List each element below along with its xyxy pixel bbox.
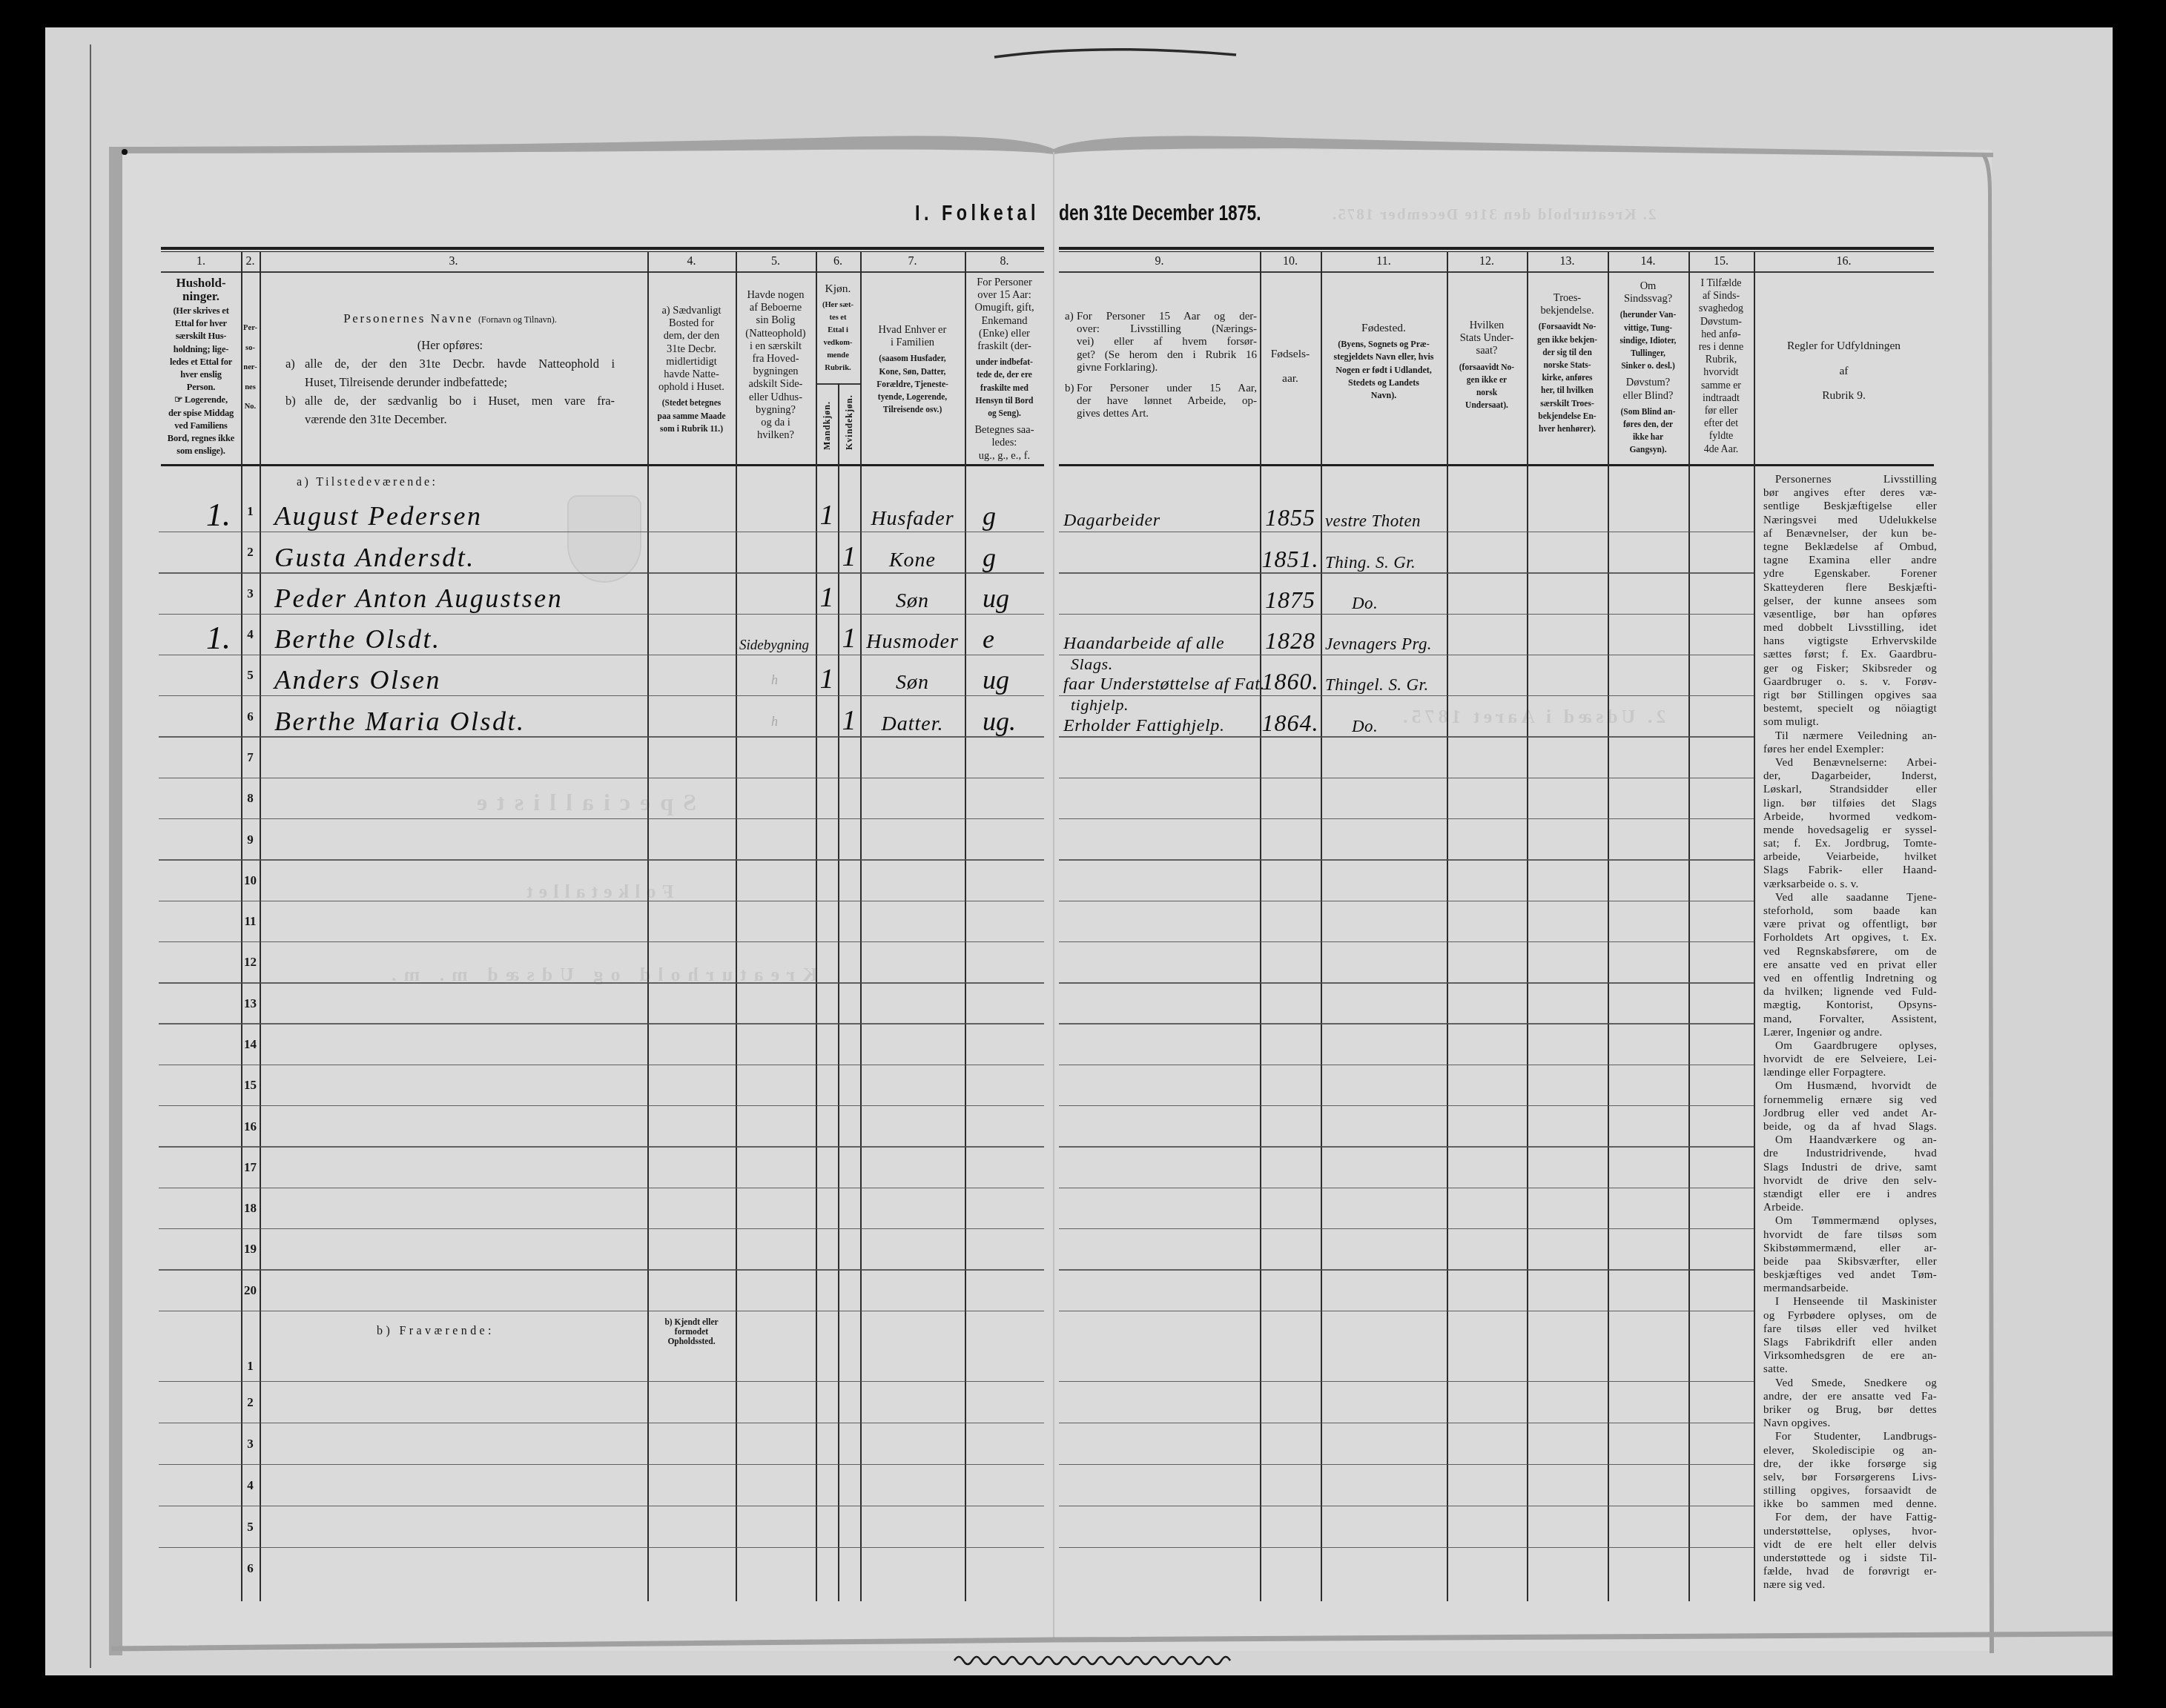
column-number-rule-right bbox=[1059, 271, 1934, 273]
text-line: der have lønnet Arbeide, op- bbox=[1065, 395, 1257, 408]
text-line: 4de Aar. bbox=[1688, 443, 1754, 456]
text-line: For Studenter, Landbrugs- bbox=[1763, 1430, 1937, 1443]
text-line: I Henseende til Maskinister bbox=[1763, 1295, 1937, 1308]
form-title-right: den 31te December 1875. bbox=[1059, 201, 1261, 226]
text-line: a)For Personer 15 Aar og der- bbox=[1065, 311, 1257, 323]
text-line: steforhold, som baade kan bbox=[1763, 904, 1937, 918]
line-text: Kone, Søn, Datter, bbox=[879, 368, 946, 377]
text-line: (forsaavidt No- bbox=[1447, 362, 1527, 374]
occupation-line: Erholder Fattighjelp. bbox=[1063, 717, 1224, 735]
row-number: 6 bbox=[241, 1547, 260, 1589]
header-names-title-note: (Fornavn og Tilnavn). bbox=[478, 314, 557, 325]
sex-female-mark: 1 bbox=[838, 532, 860, 572]
text-line: fælde, hvad de forøvrigt er- bbox=[1763, 1565, 1937, 1578]
line-text: hvorvidt de drive den selv- bbox=[1763, 1175, 1937, 1187]
text-line: Jordbrug eller ved andet Ar- bbox=[1763, 1107, 1937, 1120]
text-line: Rubrik, bbox=[1688, 354, 1754, 366]
text-line: norske Stats- bbox=[1527, 360, 1608, 372]
text-line: Arbeide, hvormed vedkom- bbox=[1763, 810, 1937, 824]
line-text: ☞ Logerende, bbox=[174, 394, 228, 405]
row-number: 17 bbox=[241, 1147, 260, 1188]
header-names-title-text: Personernes Navne bbox=[343, 311, 473, 325]
text-line: saat? bbox=[1447, 345, 1527, 357]
text-line: stegjeldets Navn eller, hvis bbox=[1321, 351, 1447, 363]
list-marker: a) bbox=[285, 354, 305, 373]
line-text: (Her skrives et bbox=[173, 305, 228, 316]
row-number: 2 bbox=[241, 1381, 260, 1423]
text-line: tes et bbox=[816, 311, 860, 324]
text-line: tegne Beklædelse af Ombud, bbox=[1763, 540, 1937, 554]
line-text: get? (Se herom den i Rubrik 16 bbox=[1077, 349, 1257, 361]
text-line: Om Gaardbrugere oplyses, bbox=[1763, 1039, 1937, 1053]
line-text: havde Natte- bbox=[664, 368, 719, 380]
row-number: 3 bbox=[241, 573, 260, 614]
line-text: tyende, Logerende, bbox=[878, 393, 947, 402]
text-line: b)For Personer under 15 Aar, bbox=[1065, 383, 1257, 395]
line-text: steforhold, som baade kan bbox=[1763, 905, 1937, 917]
line-text: med dobbelt Livsstilling, idet bbox=[1763, 622, 1937, 634]
ink-dot bbox=[122, 149, 128, 155]
line-text: særskilt Hus- bbox=[176, 331, 227, 341]
line-text: Personernes Livsstilling bbox=[1775, 474, 1937, 486]
line-text: Døvstum? bbox=[1626, 377, 1671, 388]
text-line: her, til hvilken bbox=[1527, 385, 1608, 397]
text-line: Kjøn. bbox=[816, 282, 860, 295]
person-name: Peder Anton Augustsen bbox=[260, 573, 647, 614]
text-line: ved Regnskabsførere, om de bbox=[1763, 945, 1937, 959]
line-text: hans vigtigste Erhvervskilde bbox=[1763, 635, 1937, 647]
line-text: No. bbox=[245, 403, 256, 411]
line-text: hver henhører). bbox=[1539, 425, 1596, 434]
text-line: Fødested. bbox=[1321, 322, 1447, 334]
text-line: Næringsvei med Udelukkelse bbox=[1763, 514, 1937, 527]
line-text: hver enslig bbox=[180, 369, 222, 380]
line-text: hed anfø- bbox=[1701, 329, 1740, 340]
line-text: vittige, Tung- bbox=[1624, 324, 1672, 333]
birth-year: 1860. bbox=[1260, 655, 1321, 695]
row-number: 4 bbox=[241, 1464, 260, 1506]
person-name: Gusta Andersdt. bbox=[260, 532, 647, 572]
line-text: da hvilken; lignende ved Fuld- bbox=[1763, 986, 1937, 998]
marital-status: g bbox=[965, 491, 1044, 532]
line-text: i Familien bbox=[891, 337, 934, 348]
text-line: fraskilte med bbox=[965, 383, 1044, 395]
line-text: Ettal for hver bbox=[175, 318, 227, 328]
occupation-line: faar Understøttelse af Fat. bbox=[1063, 675, 1265, 693]
line-text: Fødsels- bbox=[1271, 348, 1310, 360]
column-number: 3. bbox=[260, 253, 647, 271]
line-text: bekjendelse. bbox=[1540, 305, 1594, 317]
text-line: efter det bbox=[1688, 417, 1754, 430]
text-line: holdning; lige- bbox=[161, 343, 241, 356]
text-line: som muligt. bbox=[1763, 715, 1937, 729]
line-text: vei) eller af hvem forsør- bbox=[1077, 336, 1257, 348]
text-line: gen ikke bekjen- bbox=[1527, 334, 1608, 347]
text-line: bekjendelse. bbox=[1527, 305, 1608, 317]
household-mark: 1. bbox=[161, 614, 241, 655]
header-sex-female: Kvindekjøn. bbox=[838, 385, 860, 450]
row-number: 19 bbox=[241, 1228, 260, 1269]
text-line: dre Industridrivende, hvad bbox=[1763, 1147, 1937, 1160]
text-line: samme er bbox=[1688, 380, 1754, 392]
line-text: satte. bbox=[1763, 1363, 1788, 1375]
table-top-thin-rule-right bbox=[1059, 251, 1934, 252]
line-text: For Personer 15 Aar og der- bbox=[1077, 311, 1257, 323]
text-line: ikke har bbox=[1608, 431, 1688, 444]
text-line: vidt de ere helt eller delvis bbox=[1763, 1538, 1937, 1552]
line-text: alle de, der sædvanlig bo i Huset, men v… bbox=[305, 391, 615, 410]
text-line: fra Hoved- bbox=[736, 353, 816, 365]
text-line: adskilt Side- bbox=[736, 378, 816, 391]
line-text: bør angives efter deres væ- bbox=[1763, 487, 1937, 499]
text-line: sin Bolig bbox=[736, 314, 816, 327]
line-text: tede de, der ere bbox=[977, 371, 1032, 380]
text-line: stændigt eller ere i andres bbox=[1763, 1188, 1937, 1201]
line-text: Næringsvei med Udelukkelse bbox=[1763, 514, 1937, 526]
text-line: givne Forklaring). bbox=[1065, 362, 1257, 374]
rubric-9-rules-text: Personernes Livsstillingbør angives efte… bbox=[1763, 473, 1937, 1592]
line-text: Kjøn. bbox=[825, 282, 851, 295]
line-text: Forholdets Art opgives, t. Ex. bbox=[1763, 932, 1937, 944]
text-line: understøttelse, oplyses, hvor- bbox=[1763, 1525, 1937, 1538]
text-line: hvorvidt bbox=[1688, 366, 1754, 379]
list-marker: a) bbox=[1065, 311, 1077, 323]
line-text: Rubrik 9. bbox=[1822, 389, 1866, 402]
row-number: 13 bbox=[241, 983, 260, 1024]
header-names-title: Personernes Navne (Fornavn og Tilnavn). bbox=[285, 310, 615, 336]
line-text: mende hovedsagelig er syssel- bbox=[1763, 824, 1937, 836]
line-text: sin Bolig bbox=[756, 314, 796, 326]
line-text: Hvad Enhver er bbox=[879, 324, 947, 336]
birth-year: 1855 bbox=[1260, 491, 1321, 532]
text-line: gen ikke er bbox=[1447, 374, 1527, 387]
line-text: som i Rubrik 11.) bbox=[660, 425, 723, 434]
line-text: bygningen bbox=[753, 365, 798, 377]
line-text: sentlige Beskjæftigelse eller bbox=[1763, 500, 1937, 512]
text-line: (saasom Husfader, bbox=[860, 353, 965, 365]
text-line: so- bbox=[241, 339, 260, 359]
text-line: Sindssvag? bbox=[1608, 293, 1688, 305]
line-text: stilling opgives, forsaavidt de bbox=[1763, 1485, 1937, 1497]
text-line: elever, Skolediscipie og an- bbox=[1763, 1444, 1937, 1457]
text-line: da hvilken; lignende ved Fuld- bbox=[1763, 985, 1937, 999]
column-number: 10. bbox=[1260, 253, 1321, 271]
line-text: Person. bbox=[187, 382, 216, 392]
page-top-edge-shadow bbox=[111, 136, 1993, 157]
text-line: Troes- bbox=[1527, 292, 1608, 305]
line-text: res i denne bbox=[1699, 342, 1744, 353]
text-line: Huset, Tilreisende derunder indbefattede… bbox=[285, 373, 615, 391]
text-line: der, Dagarbeider, Inderst, bbox=[1763, 769, 1937, 783]
header-names-instructions: (Her opføres:a)alle de, der den 31te Dec… bbox=[285, 336, 615, 428]
row-number: 1 bbox=[241, 1311, 260, 1381]
text-line: Enkemand bbox=[965, 315, 1044, 328]
row-number: 8 bbox=[241, 778, 260, 818]
outbuilding: Sidebygning bbox=[736, 614, 816, 655]
text-line: Nogen er født i Udlandet, bbox=[1321, 364, 1447, 377]
occupation: Haandarbeide af alleSlags. bbox=[1059, 614, 1260, 655]
text-line: Lærer, Ingeniør og andre. bbox=[1763, 1026, 1937, 1039]
text-line: bygningen bbox=[736, 365, 816, 378]
line-text: alle de, der den 31te Decbr. havde Natte… bbox=[305, 354, 615, 373]
text-line: mand, Forvalter, Assistent, bbox=[1763, 1013, 1937, 1026]
text-line: For dem, der have Fattig- bbox=[1763, 1511, 1937, 1524]
header-marital-status: For Personerover 15 Aar:Omugift, gift,En… bbox=[965, 277, 1044, 463]
line-text: (saasom Husfader, bbox=[879, 354, 945, 363]
column-number: 16. bbox=[1754, 253, 1934, 271]
text-line: (herunder Van- bbox=[1608, 309, 1688, 322]
column-number: 9. bbox=[1059, 253, 1260, 271]
column-number: 14. bbox=[1608, 253, 1688, 271]
line-text: mand, Forvalter, Assistent, bbox=[1763, 1013, 1937, 1025]
line-text: beide, og da af hvad Slags. bbox=[1763, 1121, 1937, 1133]
line-text: Ved Benævnelserne: Arbei- bbox=[1775, 757, 1937, 769]
line-text: Tullinger, bbox=[1631, 349, 1665, 358]
text-line: Fødsels- bbox=[1260, 342, 1321, 366]
line-text: For Studenter, Landbrugs- bbox=[1775, 1431, 1937, 1443]
birthplace: Do. bbox=[1321, 695, 1447, 736]
section-present-label: a) Tilstedeværende: bbox=[297, 476, 438, 489]
text-line: og Seng). bbox=[965, 408, 1044, 420]
line-text: holdning; lige- bbox=[174, 344, 228, 354]
line-text: ere ansatte ved en privat eller bbox=[1763, 959, 1937, 971]
text-line: fraskilt (der- bbox=[965, 340, 1044, 353]
line-text: Ettal i bbox=[828, 326, 848, 334]
form-title-left: I. Folketal bbox=[915, 201, 1040, 226]
text-line: ved Familiens bbox=[161, 420, 241, 432]
line-text: Hvilken bbox=[1470, 320, 1505, 331]
text-line: No. bbox=[241, 397, 260, 417]
header-outbuilding: Havde nogenaf Beboernesin Bolig(Natteoph… bbox=[736, 289, 816, 442]
column-number: 4. bbox=[647, 253, 736, 271]
line-text: før eller bbox=[1705, 406, 1738, 417]
text-line: mende bbox=[816, 349, 860, 362]
line-text: ikke bo sammen med denne. bbox=[1763, 1498, 1937, 1510]
header-disability-onset: I Tilfældeaf Sinds-svaghedogDøvstum-hed … bbox=[1688, 277, 1754, 456]
text-line: Ettal i bbox=[816, 324, 860, 337]
line-text: dem, der den bbox=[664, 330, 719, 342]
birth-year: 1851. bbox=[1260, 532, 1321, 572]
line-text: Sinker o. desl.) bbox=[1621, 362, 1675, 371]
line-text: (Her opføres: bbox=[417, 338, 483, 352]
text-line: res i denne bbox=[1688, 341, 1754, 354]
line-text: Navn). bbox=[1371, 390, 1396, 400]
row-number: 9 bbox=[241, 818, 260, 859]
line-text: vidt de ere helt eller delvis bbox=[1763, 1539, 1937, 1551]
line-text: Jordbrug eller ved andet Ar- bbox=[1763, 1108, 1937, 1119]
text-line: rigt bør Stillingen opgives saa bbox=[1763, 689, 1937, 702]
text-line: Skibstømmermænd, eller ar- bbox=[1763, 1242, 1937, 1255]
family-role: Husmoder bbox=[860, 614, 965, 655]
line-text: fare tilsøs eller ved hvilket bbox=[1763, 1323, 1937, 1335]
line-text: beide paa Skibsværfter, eller bbox=[1763, 1256, 1937, 1268]
line-text: Slags Industri de drive, samt bbox=[1763, 1162, 1937, 1174]
line-text: ved en offentlig Indretning og bbox=[1763, 973, 1937, 984]
signature-scribble bbox=[954, 1657, 1230, 1664]
line-text: der spise Middag bbox=[168, 408, 234, 418]
person-name: August Pedersen bbox=[260, 491, 647, 532]
sex-male-mark: 1 bbox=[816, 491, 838, 532]
text-line: under indbefat- bbox=[965, 357, 1044, 369]
family-role: Kone bbox=[860, 532, 965, 572]
row-number: 4 bbox=[241, 614, 260, 655]
birth-year: 1875 bbox=[1260, 573, 1321, 614]
text-line: get? (Se herom den i Rubrik 16 bbox=[1065, 349, 1257, 362]
line-text: Bosted for bbox=[669, 317, 714, 329]
line-text: som enslige). bbox=[176, 446, 225, 456]
text-line: beide, og da af hvad Slags. bbox=[1763, 1120, 1937, 1133]
text-line: (Enke) eller bbox=[965, 328, 1044, 340]
text-line: andre, der ere ansatte ved Fa- bbox=[1763, 1390, 1937, 1403]
line-text: Ved alle saadanne Tjene- bbox=[1775, 892, 1937, 904]
line-text: norsk bbox=[1476, 388, 1497, 397]
line-text: Om bbox=[1640, 280, 1657, 292]
text-line: hvorvidt de drive den selv- bbox=[1763, 1174, 1937, 1188]
line-text: aar. bbox=[1282, 372, 1298, 385]
line-text: Gaardbruger o. s. v. Forøv- bbox=[1763, 676, 1937, 688]
line-text: I Henseende til Maskinister bbox=[1775, 1296, 1937, 1308]
line-text: Slags Fabrik- eller Haand- bbox=[1763, 864, 1937, 876]
text-line: af Beboerne bbox=[736, 302, 816, 314]
column-number: 8. bbox=[965, 253, 1044, 271]
line-text: Hensyn til Bord bbox=[976, 397, 1034, 406]
text-line: vedkom- bbox=[816, 337, 860, 349]
text-line: svaghedog bbox=[1688, 302, 1754, 315]
line-text: Om Husmænd, hvorvidt de bbox=[1775, 1080, 1937, 1092]
text-line: sat; f. Ex. Jordbrug, Tomte- bbox=[1763, 837, 1937, 850]
line-text: 31te Decbr. bbox=[667, 343, 716, 355]
line-text: vedkom- bbox=[823, 339, 852, 347]
line-text: Nogen er født i Udlandet, bbox=[1335, 365, 1431, 375]
line-text: hvorvidt de fare tilsøs som bbox=[1763, 1229, 1937, 1241]
text-line: Navn). bbox=[1321, 389, 1447, 402]
header-person-names: Personernes Navne (Fornavn og Tilnavn). … bbox=[285, 310, 615, 428]
row-number: 10 bbox=[241, 860, 260, 901]
table-top-thin-rule-left bbox=[161, 251, 1044, 252]
text-line: stilling opgives, forsaavidt de bbox=[1763, 1484, 1937, 1497]
line-text: mermandsarbeide. bbox=[1763, 1282, 1849, 1294]
text-line: ere ansatte ved en privat eller bbox=[1763, 959, 1937, 972]
line-text: eller Blind? bbox=[1622, 390, 1673, 402]
line-text: (Enke) eller bbox=[979, 328, 1030, 340]
line-text: fornemmelig ernære sig ved bbox=[1763, 1094, 1937, 1106]
text-line: paa samme Maade bbox=[647, 411, 736, 423]
text-line: Om Husmænd, hvorvidt de bbox=[1763, 1079, 1937, 1093]
sex-male-mark: 1 bbox=[816, 655, 838, 695]
line-text: so- bbox=[245, 344, 255, 352]
row-number: 1 bbox=[241, 491, 260, 532]
show-through-text: 2. Kreaturhold den 31te December 1875. bbox=[1331, 205, 1657, 224]
text-line: ophold i Huset. bbox=[647, 381, 736, 394]
pencil-mark: h bbox=[736, 695, 816, 736]
text-line: mende hovedsagelig er syssel- bbox=[1763, 824, 1937, 837]
sex-female-mark: 1 bbox=[838, 614, 860, 655]
text-line: gives dettes Art. bbox=[1065, 408, 1257, 420]
line-text: af Benævnelser, der kun be- bbox=[1763, 528, 1937, 540]
line-text: Huset, Tilreisende derunder indbefattede… bbox=[305, 375, 507, 389]
text-line: hans vigtigste Erhvervskilde bbox=[1763, 635, 1937, 648]
line-text: der have lønnet Arbeide, op- bbox=[1077, 395, 1257, 407]
line-text: ophold i Huset. bbox=[658, 381, 724, 393]
column-number: 5. bbox=[736, 253, 816, 271]
sex-female-mark: 1 bbox=[838, 695, 860, 736]
header-sex: Kjøn.(Her sæt-tes etEttal ivedkom-mendeR… bbox=[816, 282, 860, 374]
text-line: Person. bbox=[161, 381, 241, 394]
text-line: havde Natte- bbox=[647, 368, 736, 381]
line-text: understøttelse, oplyses, hvor- bbox=[1763, 1526, 1937, 1537]
text-line: (Her skrives et bbox=[161, 305, 241, 317]
text-line: arbeide, Veiarbeide, hvilket bbox=[1763, 850, 1937, 864]
text-line: føres den, der bbox=[1608, 419, 1688, 431]
line-text: Forældre, Tjeneste- bbox=[876, 380, 948, 389]
line-text: under indbefat- bbox=[976, 358, 1033, 367]
text-line: nes bbox=[241, 378, 260, 398]
line-text: fælde, hvad de forøvrigt er- bbox=[1763, 1566, 1937, 1578]
text-line: b)alle de, der sædvanlig bo i Huset, men… bbox=[285, 391, 615, 410]
line-text: fyldte bbox=[1709, 431, 1734, 442]
text-line: selv, bør Forsørgerens Livs- bbox=[1763, 1471, 1937, 1484]
marital-status: ug. bbox=[965, 695, 1044, 736]
line-text: (Forsaavidt No- bbox=[1539, 322, 1597, 331]
scanned-census-spread: Specialliste Folketallet Kreaturhold og … bbox=[0, 0, 2166, 1708]
text-line: Gangsyn). bbox=[1608, 444, 1688, 457]
line-text: kirke, anføres bbox=[1542, 374, 1592, 383]
line-text: Stats Under- bbox=[1460, 332, 1514, 344]
text-line: I Tilfælde bbox=[1688, 277, 1754, 290]
line-text: der sig til den bbox=[1542, 348, 1592, 357]
text-line: (Stedet betegnes bbox=[647, 397, 736, 410]
line-text: fra Hoved- bbox=[752, 353, 799, 365]
text-line: før eller bbox=[1688, 405, 1754, 417]
family-role: Søn bbox=[860, 655, 965, 695]
header-sex-male: Mandkjøn. bbox=[816, 385, 838, 450]
text-line: af Sinds- bbox=[1688, 290, 1754, 302]
person-name: Berthe Maria Olsdt. bbox=[260, 695, 647, 736]
column-number: 11. bbox=[1321, 253, 1447, 271]
text-line: der sig til den bbox=[1527, 347, 1608, 360]
text-line: bestemt, specielt og nöiagtigt bbox=[1763, 702, 1937, 715]
text-line: nære sig ved. bbox=[1763, 1578, 1937, 1592]
text-line: tagne Examina eller andre bbox=[1763, 554, 1937, 567]
line-text: paa samme Maade bbox=[658, 412, 726, 421]
text-line: 31te Decbr. bbox=[647, 343, 736, 356]
line-text: (Byens, Sognets og Præ- bbox=[1338, 339, 1429, 349]
line-text: Sindssvag? bbox=[1624, 293, 1672, 305]
text-line: dre, der ikke forsørge sig bbox=[1763, 1457, 1937, 1471]
text-line: a) Sædvanligt bbox=[647, 305, 736, 317]
text-line: dem, der den bbox=[647, 330, 736, 342]
header-citizenship: HvilkenStats Under-saat?(forsaavidt No-g… bbox=[1447, 320, 1527, 412]
text-line: Skatteyderen flere Beskjæfti- bbox=[1763, 581, 1937, 595]
text-line: Navn opgives. bbox=[1763, 1417, 1937, 1430]
line-text: dre Industridrivende, hvad bbox=[1763, 1148, 1937, 1159]
marital-status: g bbox=[965, 532, 1044, 572]
family-role: Søn bbox=[860, 573, 965, 614]
line-text: dre, der ikke forsørge sig bbox=[1763, 1458, 1937, 1470]
text-line: af bbox=[1754, 359, 1934, 384]
column-number: 15. bbox=[1688, 253, 1754, 271]
text-line: føres her endel Exempler: bbox=[1763, 743, 1937, 756]
text-line: aar. bbox=[1260, 366, 1321, 391]
line-text: stændigt eller ere i andres bbox=[1763, 1188, 1937, 1200]
text-line: mermandsarbeide. bbox=[1763, 1282, 1937, 1295]
birthplace: Thingel. S. Gr. bbox=[1321, 655, 1447, 695]
birthplace: Thing. S. Gr. bbox=[1321, 532, 1447, 572]
line-text: i en særskilt bbox=[750, 340, 802, 352]
line-text: Om Gaardbrugere oplyses, bbox=[1775, 1040, 1937, 1052]
line-text: briker og Brug, bør dettes bbox=[1763, 1404, 1937, 1416]
line-text: og Seng). bbox=[988, 409, 1021, 418]
